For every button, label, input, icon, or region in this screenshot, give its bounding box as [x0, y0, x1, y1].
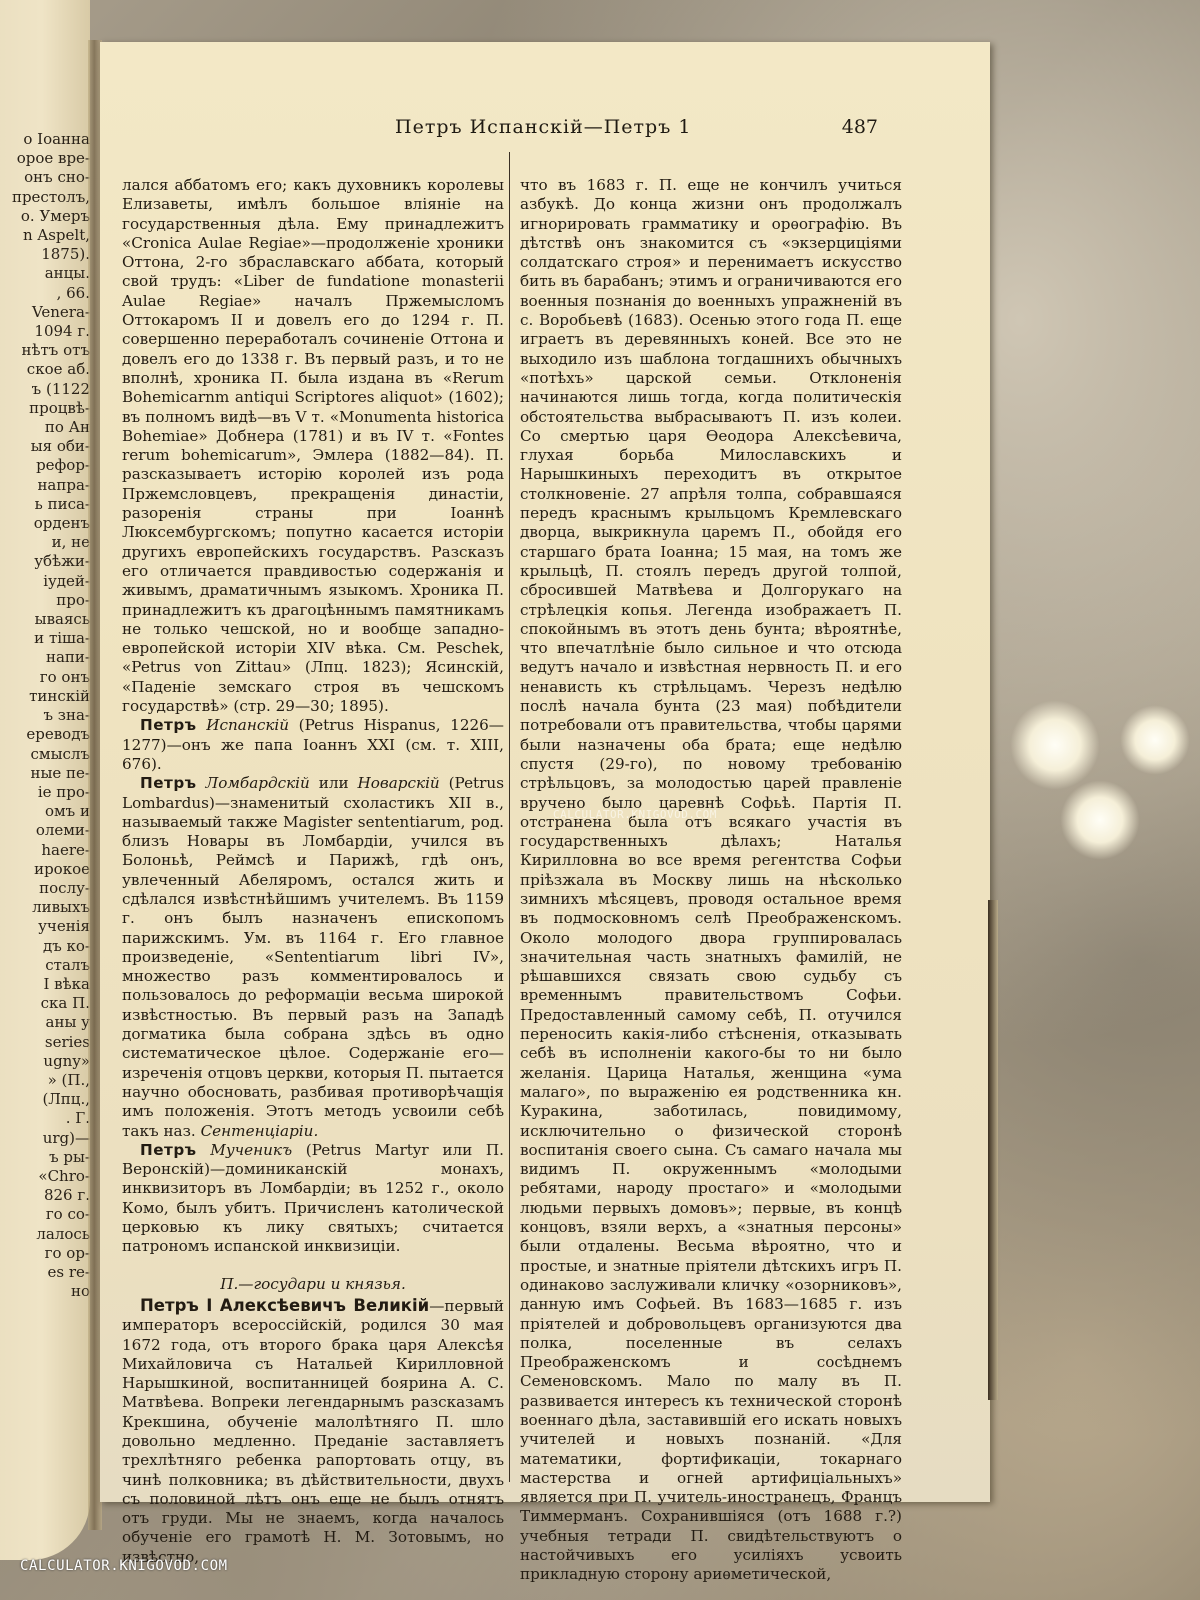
facing-page-text: о Іоанна орое вре- онъ сно- престолъ, о.… — [0, 130, 90, 1301]
paragraph-continuation: что въ 1683 г. П. еще не кончилъ учиться… — [520, 176, 902, 1585]
light-reflection — [1060, 780, 1140, 860]
entry-epithet: Мученикъ — [210, 1141, 292, 1159]
page-number: 487 — [842, 116, 878, 138]
entry-peter-lombard: Петръ Ломбардскій или Новарскій (Petrus … — [122, 774, 504, 1141]
entry-epithet: Ломбардскій — [206, 774, 310, 792]
watermark-center: CALCULATOR.KNIGOVOD.COM — [553, 808, 717, 821]
entry-headword: Петръ — [140, 774, 197, 792]
entry-text: —первый императоръ всероссійскій, родилс… — [122, 1297, 504, 1566]
left-column: лался аббатомъ его; какъ духовникъ корол… — [122, 176, 504, 1567]
light-reflection — [1120, 705, 1190, 775]
entry-peter-the-great: Петръ I Алексѣевичъ Великій—первый импер… — [122, 1296, 504, 1567]
entry-headword: Петръ — [140, 716, 197, 734]
entry-text: (Petrus Lombardus)—знаменитый схоластикъ… — [122, 774, 504, 1139]
entry-epithet-alt: Новарскій — [358, 774, 440, 792]
watermark-bottom: CALCULATOR.KNIGOVOD.COM — [20, 1558, 228, 1574]
right-column: что въ 1683 г. П. еще не кончилъ учиться… — [520, 176, 902, 1585]
entry-peter-of-spain: Петръ Испанскій (Petrus Hispanus, 1226—1… — [122, 716, 504, 774]
entry-epithet: Испанскій — [206, 716, 289, 734]
entry-connector: или — [310, 774, 358, 792]
column-divider — [509, 152, 510, 1482]
running-head: Петръ Испанскій—Петръ 1 487 — [100, 116, 990, 146]
entry-peter-martyr: Петръ Мученикъ (Petrus Martyr или П. Вер… — [122, 1141, 504, 1257]
facing-page: о Іоанна орое вре- онъ сно- престолъ, о.… — [0, 0, 90, 1560]
page-edge-shadow — [988, 900, 998, 1400]
entry-italic-term: Сентенціаріи. — [201, 1122, 319, 1140]
entry-headword: Петръ I Алексѣевичъ Великій — [140, 1296, 429, 1315]
running-head-title: Петръ Испанскій—Петръ 1 — [395, 116, 691, 138]
entry-headword: Петръ — [140, 1141, 197, 1159]
section-heading: П.—государи и князья. — [122, 1275, 504, 1294]
light-reflection — [1010, 700, 1100, 790]
book-page: Петръ Испанскій—Петръ 1 487 лался аббато… — [100, 42, 990, 1502]
paragraph-continuation: лался аббатомъ его; какъ духовникъ корол… — [122, 176, 504, 716]
